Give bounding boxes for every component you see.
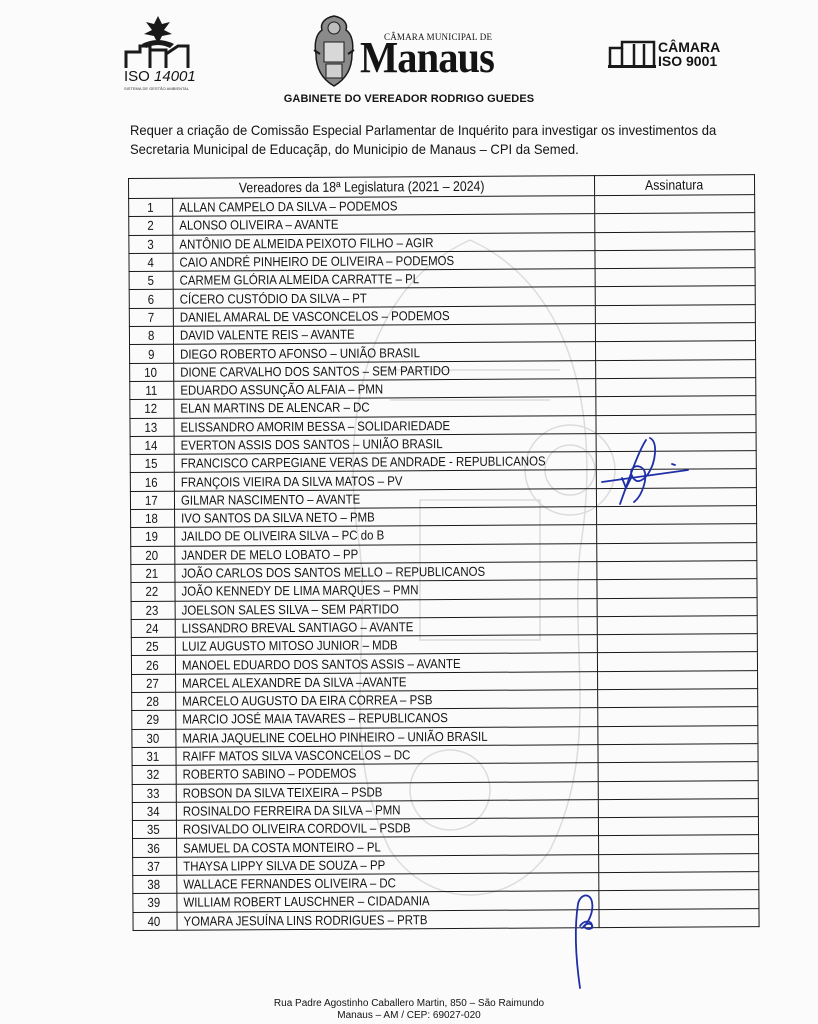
row-number: 14 [130, 436, 175, 455]
row-number: 9 [130, 345, 175, 364]
row-number: 7 [129, 308, 174, 327]
office-title: GABINETE DO VEREADOR RODRIGO GUEDES [0, 93, 818, 105]
row-number: 22 [131, 582, 176, 601]
signature-cell[interactable] [597, 634, 757, 653]
signature-cell[interactable] [595, 231, 755, 250]
request-line-1: Requer a criação de Comissão Especial Pa… [130, 121, 707, 140]
row-number: 16 [130, 473, 175, 492]
signature-cell[interactable] [598, 798, 758, 817]
row-number: 10 [130, 363, 175, 382]
building-arches-icon [608, 38, 656, 68]
row-number: 26 [131, 656, 176, 675]
camara-manaus-logo: CÂMARA MUNICIPAL DE Manaus [312, 14, 512, 92]
table-row: 40YOMARA JESUÍNA LINS RODRIGUES – PRTB [133, 908, 759, 930]
row-number: 31 [132, 747, 177, 766]
signature-cell[interactable] [597, 615, 757, 634]
signature-cell[interactable] [595, 286, 755, 305]
signature-cell[interactable] [597, 542, 757, 561]
row-number: 28 [132, 692, 177, 711]
row-number: 2 [129, 217, 174, 236]
row-number: 25 [131, 637, 176, 656]
signature-cell[interactable] [598, 652, 758, 671]
signature-cell[interactable] [598, 744, 758, 763]
row-number: 1 [129, 198, 174, 217]
row-number: 3 [129, 235, 174, 254]
signature-cell[interactable] [596, 414, 756, 433]
row-number: 38 [133, 875, 178, 894]
row-number: 11 [130, 381, 175, 400]
row-number: 12 [130, 399, 175, 418]
signature-cell[interactable] [595, 250, 755, 269]
signature-cell[interactable] [598, 689, 758, 708]
signature-cell[interactable] [595, 268, 755, 287]
signature-cell[interactable] [597, 579, 757, 598]
signature-cell[interactable] [597, 597, 757, 616]
column-header-signature: Assinatura [595, 175, 755, 196]
row-number: 6 [129, 290, 174, 309]
signature-cell[interactable] [596, 396, 756, 415]
signature-cell[interactable] [597, 561, 757, 580]
signature-row-15-icon [598, 432, 708, 512]
signature-cell[interactable] [598, 725, 758, 744]
signature-cell[interactable] [598, 762, 758, 781]
row-number: 8 [129, 326, 174, 345]
leaf-building-icon [122, 14, 194, 70]
signature-cell[interactable] [599, 835, 759, 854]
row-number: 32 [132, 765, 177, 784]
row-number: 19 [131, 528, 176, 547]
row-number: 15 [130, 454, 175, 473]
coat-of-arms-icon [312, 14, 356, 88]
row-number: 20 [131, 546, 176, 565]
signature-cell[interactable] [596, 359, 756, 378]
document-page: ISO 14001 SISTEMA DE GESTÃO AMBIENTAL CÂ… [0, 0, 818, 1024]
row-number: 35 [132, 820, 177, 839]
row-number: 18 [131, 509, 176, 528]
row-number: 37 [133, 857, 178, 876]
request-line-2: Secretaria Municipal de Educaçãp, do Mun… [130, 140, 707, 159]
signature-cell[interactable] [599, 908, 759, 927]
row-number: 27 [132, 674, 177, 693]
signature-cell[interactable] [595, 195, 755, 214]
column-header-councilors: Vereadores da 18ª Legislatura (2021 – 20… [129, 176, 595, 199]
row-number: 24 [131, 619, 176, 638]
signature-cell[interactable] [599, 853, 759, 872]
row-number: 29 [132, 711, 177, 730]
iso-9001-logo: CÂMARA ISO 9001 [608, 38, 728, 72]
councilor-name: FRANCISCO CARPEGIANE VERAS DE ANDRADE - … [175, 452, 597, 473]
signature-cell[interactable] [596, 323, 756, 342]
footer-address-line-1: Rua Padre Agostinho Caballero Martin, 85… [0, 998, 818, 1010]
row-number: 33 [132, 784, 177, 803]
councilor-name: YOMARA JESUÍNA LINS RODRIGUES – PRTB [177, 909, 599, 930]
footer-address-line-2: Manaus – AM / CEP: 69027-020 [0, 1010, 818, 1022]
signature-cell[interactable] [599, 890, 759, 909]
row-number: 13 [130, 418, 175, 437]
row-number: 17 [130, 491, 175, 510]
signature-row-39-icon [570, 890, 604, 990]
iso-14001-subtitle: SISTEMA DE GESTÃO AMBIENTAL [124, 86, 189, 91]
signature-cell[interactable] [595, 213, 755, 232]
iso-14001-logo: ISO 14001 SISTEMA DE GESTÃO AMBIENTAL [122, 14, 194, 90]
signature-cell[interactable] [598, 707, 758, 726]
signature-table: Vereadores da 18ª Legislatura (2021 – 20… [128, 174, 760, 931]
signature-cell[interactable] [596, 378, 756, 397]
iso-14001-label: ISO 14001 [124, 68, 196, 85]
request-text: Requer a criação de Comissão Especial Pa… [130, 121, 707, 159]
signature-cell[interactable] [596, 341, 756, 360]
manaus-wordmark: Manaus [360, 36, 494, 80]
row-number: 23 [131, 601, 176, 620]
signature-cell[interactable] [598, 670, 758, 689]
row-number: 21 [131, 564, 176, 583]
signature-cell[interactable] [598, 780, 758, 799]
iso-9001-label: CÂMARA ISO 9001 [658, 40, 720, 68]
footer-address: Rua Padre Agostinho Caballero Martin, 85… [0, 998, 818, 1022]
signature-cell[interactable] [597, 524, 757, 543]
signature-cell[interactable] [599, 872, 759, 891]
row-number: 39 [133, 893, 178, 912]
signature-cell[interactable] [595, 304, 755, 323]
row-number: 34 [132, 802, 177, 821]
row-number: 4 [129, 253, 174, 272]
row-number: 40 [133, 912, 178, 931]
signature-cell[interactable] [599, 817, 759, 836]
row-number: 36 [133, 839, 178, 858]
row-number: 5 [129, 271, 174, 290]
row-number: 30 [132, 729, 177, 748]
